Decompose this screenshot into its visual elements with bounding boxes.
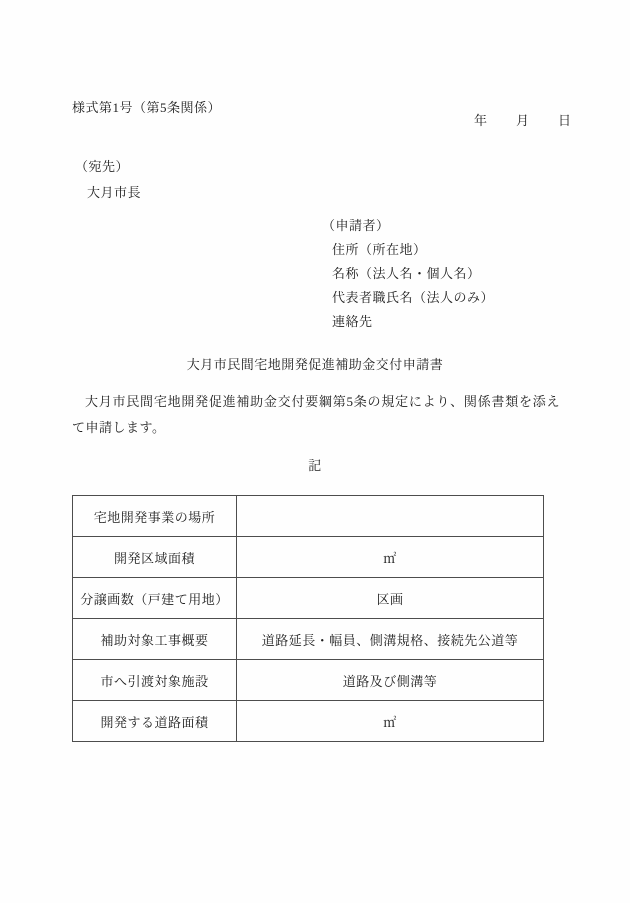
applicant-block: （申請者） 住所（所在地） 名称（法人名・個人名） 代表者職氏名（法人のみ） 連… bbox=[322, 214, 494, 334]
row-value-work-outline: 道路延長・幅員、側溝規格、接続先公道等 bbox=[237, 619, 544, 660]
row-label-site: 宅地開発事業の場所 bbox=[73, 496, 237, 537]
table-row: 市へ引渡対象施設 道路及び側溝等 bbox=[73, 660, 544, 701]
table-row: 補助対象工事概要 道路延長・幅員、側溝規格、接続先公道等 bbox=[73, 619, 544, 660]
row-value-site bbox=[237, 496, 544, 537]
applicant-field-name: 名称（法人名・個人名） bbox=[322, 262, 494, 286]
body-paragraph: 大月市民間宅地開発促進補助金交付要綱第5条の規定により、関係書類を添えて申請しま… bbox=[72, 389, 560, 441]
table-row: 宅地開発事業の場所 bbox=[73, 496, 544, 537]
row-value-handover-facilities: 道路及び側溝等 bbox=[237, 660, 544, 701]
row-value-lots: 区画 bbox=[237, 578, 544, 619]
addressee-label: （宛先） bbox=[75, 156, 129, 175]
row-label-lots: 分譲画数（戸建て用地） bbox=[73, 578, 237, 619]
applicant-heading: （申請者） bbox=[322, 214, 494, 238]
document-page: 様式第1号（第5条関係） 年 月 日 （宛先） 大月市長 （申請者） 住所（所在… bbox=[0, 0, 630, 903]
table-row: 分譲画数（戸建て用地） 区画 bbox=[73, 578, 544, 619]
applicant-field-address: 住所（所在地） bbox=[322, 238, 494, 262]
row-value-road-area: ㎡ bbox=[237, 701, 544, 742]
row-label-work-outline: 補助対象工事概要 bbox=[73, 619, 237, 660]
document-title: 大月市民間宅地開発促進補助金交付申請書 bbox=[0, 354, 630, 373]
applicant-field-representative: 代表者職氏名（法人のみ） bbox=[322, 286, 494, 310]
date-line: 年 月 日 bbox=[474, 110, 572, 129]
applicant-field-contact: 連絡先 bbox=[322, 310, 494, 334]
table-row: 開発する道路面積 ㎡ bbox=[73, 701, 544, 742]
ki-marker: 記 bbox=[0, 455, 630, 474]
addressee-name: 大月市長 bbox=[87, 182, 141, 201]
row-label-road-area: 開発する道路面積 bbox=[73, 701, 237, 742]
row-value-area: ㎡ bbox=[237, 537, 544, 578]
table-row: 開発区域面積 ㎡ bbox=[73, 537, 544, 578]
details-table: 宅地開発事業の場所 開発区域面積 ㎡ 分譲画数（戸建て用地） 区画 補助対象工事… bbox=[72, 495, 544, 742]
row-label-area: 開発区域面積 bbox=[73, 537, 237, 578]
row-label-handover-facilities: 市へ引渡対象施設 bbox=[73, 660, 237, 701]
form-number-label: 様式第1号（第5条関係） bbox=[72, 97, 221, 116]
